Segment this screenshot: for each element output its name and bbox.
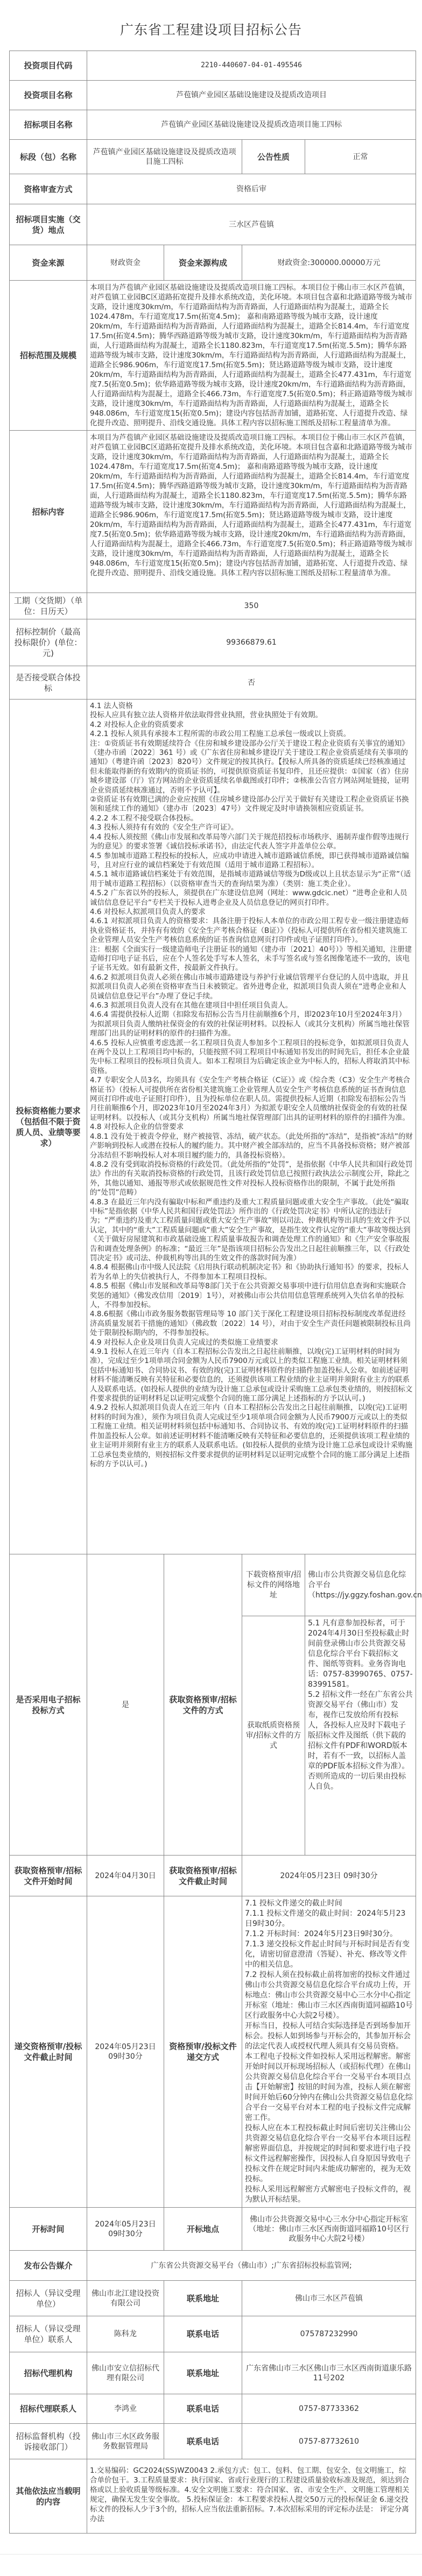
funding-value: 财政资金 — [87, 245, 164, 281]
row-submission: 递交资格预审/投标文件截止时间 2024年05月23日 09时30分 资格预审/… — [10, 1896, 416, 2208]
tenderer-contact-value: 陈科龙 — [87, 2316, 164, 2352]
row-content: 招标内容 本项目为芦苞镇产业园区基础设施建设及提质改造项目施工四标。本项目位于佛… — [10, 431, 416, 593]
opening-place-label: 开标地点 — [164, 2208, 242, 2251]
duration-label: 工期（交货期）（单位：日历天） — [10, 593, 87, 619]
paper-method-value: 5.1 凡有意参加投标者，可于2024年4月30日至投标截止时间前登录佛山市公共… — [305, 1616, 416, 1856]
row-tenderer-contact: 招标人（异议受理单位）联系人 陈科龙 联系电话 075787232990 — [10, 2316, 416, 2352]
notice-nature-value: 正常 — [305, 140, 416, 174]
content-label: 招标内容 — [10, 431, 87, 593]
scope-value: 本项目为芦苞镇产业园区基础设施建设及提质改造项目施工四标。本项目位于佛山市三水区… — [87, 281, 416, 431]
page-title: 广东省工程建设项目招标公告 — [0, 14, 422, 51]
row-funding: 资金来源 财政资金 资金来源构成 财政资金:300000.00000万元 — [10, 245, 416, 281]
media-label: 发布公告媒介 — [10, 2251, 87, 2281]
agency-phone-label: 联系电话 — [164, 2394, 242, 2424]
qualification-method-value: 资格后审 — [87, 174, 416, 204]
funding-composition-label: 资金来源构成 — [164, 245, 242, 281]
requirements-label: 投标资格能力要求（包括但不限于资质人员、业绩等要求） — [10, 700, 87, 1554]
funding-label: 资金来源 — [10, 245, 87, 281]
row-obtain-time: 获取资格预审/招标文件开始时间 2024年04月30日 获取资格预审/招标文件截… — [10, 1856, 416, 1896]
funding-composition-value: 财政资金:300000.00000万元 — [242, 245, 416, 281]
tenderer-address-value: 佛山市三水区芦苞镇 — [242, 2281, 416, 2316]
consortium-label: 是否接受联合体投标 — [10, 666, 87, 700]
obtain-start-label: 获取资格预审/招标文件开始时间 — [10, 1856, 87, 1896]
supervisor-phone-label: 联系电话 — [164, 2424, 242, 2459]
electronic-label: 是否采用电子招标投标方式 — [10, 1554, 87, 1856]
submission-deadline-label: 递交资格预审/投标文件截止时间 — [10, 1896, 87, 2208]
other-value: 1.交易编码：GC2024(SS)WZ0043 2.承包方式：包工、包料、包工期… — [87, 2459, 416, 2534]
agency-address-value: 广东省佛山市三水区佛山市三水区西南街道康乐路11号202 — [242, 2352, 416, 2394]
row-opening: 开标时间 2024年05月23日 09时30分 开标地点 佛山市公共资源交易中心… — [10, 2208, 416, 2251]
investment-code-label: 投资项目代码 — [10, 51, 87, 81]
submission-method-value: 7.1 投标文件递交的截止时间 7.1.1 投标文件递交的截止时间：2024年5… — [242, 1896, 416, 2208]
supervisor-phone-value: 0757-87732610 — [242, 2424, 416, 2459]
other-label: 其他依法应当载明的内容 — [10, 2459, 87, 2534]
media-value: 广东省公共资源交易平台（佛山市）;广东省招标投标监管网; — [87, 2251, 416, 2281]
agency-contact-label: 招标代理联系人 — [10, 2394, 87, 2424]
content-value: 本项目为芦苞镇产业园区基础设施建设及提质改造项目施工四标。本项目位于佛山市三水区… — [87, 431, 416, 593]
tenderer-phone-label: 联系电话 — [164, 2316, 242, 2352]
tenderer-contact-label: 招标人（异议受理单位）联系人 — [10, 2316, 87, 2352]
tenderer-label: 招标人（异议受理单位） — [10, 2281, 87, 2316]
section-name-value: 芦苞镇产业园区基础设施建设及提质改造项目施工四标 — [87, 140, 242, 174]
investment-code-value: 2210-440607-04-01-495546 — [87, 51, 416, 81]
location-value: 三水区芦苞镇 — [87, 204, 416, 245]
consortium-value: 否 — [87, 666, 416, 700]
agency-phone-value: 0757-87733362 — [242, 2394, 416, 2424]
control-price-label: 招标控制价（最高投标限价）(单位：元) — [10, 619, 87, 666]
location-label: 招标项目实施（交货）地点 — [10, 204, 87, 245]
row-other: 其他依法应当载明的内容 1.交易编码：GC2024(SS)WZ0043 2.承包… — [10, 2459, 416, 2534]
obtain-end-value: 2024年05月23日 09时30分 — [242, 1856, 416, 1896]
requirements-value: 4.1 法人资格 投标人应具有独立法人资格并依法取得营业执照，营业执照处于有效期… — [87, 700, 416, 1554]
tenderer-address-label: 联系地址 — [164, 2281, 242, 2316]
tenderer-value: 佛山市北江建设投资有限公司 — [87, 2281, 164, 2316]
row-requirements: 投标资格能力要求（包括但不限于资质人员、业绩等要求） 4.1 法人资格 投标人应… — [10, 700, 416, 1554]
row-investment-name: 投资项目名称 芦苞镇产业园区基础设施建设及提质改造项目 — [10, 81, 416, 110]
row-scope: 招标范围及规模 本项目为芦苞镇产业园区基础设施建设及提质改造项目施工四标。本项目… — [10, 281, 416, 431]
tenderer-phone-value: 075787232990 — [242, 2316, 416, 2352]
obtain-start-value: 2024年04月30日 — [87, 1856, 164, 1896]
row-supervisor: 招标监督机构（投诉接收部门） 佛山市三水区政务服务数据管理局 联系电话 0757… — [10, 2424, 416, 2459]
row-section-name: 标段（包）名称 芦苞镇产业园区基础设施建设及提质改造项目施工四标 公告性质 正常 — [10, 140, 416, 174]
paper-method-label: 获取纸质资格预审/招标文件的方式 — [242, 1616, 305, 1856]
download-address-link[interactable]: 佛山市公共资源交易信息化综合平台 （https://jy.ggzy.foshan… — [305, 1554, 416, 1616]
footer-divider — [0, 2554, 422, 2554]
notice-table: 投资项目代码 2210-440607-04-01-495546 投资项目名称 芦… — [9, 51, 416, 2534]
obtain-method-label: 获取资格预审/招标文件的方式 — [164, 1554, 242, 1856]
scope-label: 招标范围及规模 — [10, 281, 87, 431]
row-location: 招标项目实施（交货）地点 三水区芦苞镇 — [10, 204, 416, 245]
opening-place-value: 佛山市公共资源交易中心三水分中心指定开标室（地址：佛山市三水区西南街道同福路10… — [242, 2208, 416, 2251]
control-price-value: 99366879.61 — [87, 619, 416, 666]
agency-value: 佛山市安立信招标代理有限公司 — [87, 2352, 164, 2394]
investment-name-label: 投资项目名称 — [10, 81, 87, 110]
electronic-value: 是 — [87, 1554, 164, 1856]
notice-nature-label: 公告性质 — [242, 140, 305, 174]
submission-method-label: 资格预审/投标文件递交方式 — [164, 1896, 242, 2208]
section-name-label: 标段（包）名称 — [10, 140, 87, 174]
download-address-label: 下载资格预审/招标文件的网络地址 — [242, 1554, 305, 1616]
row-consortium: 是否接受联合体投标 否 — [10, 666, 416, 700]
obtain-end-label: 获取资格预审/招标文件截止时间 — [164, 1856, 242, 1896]
row-tender-project-name: 招标项目名称 芦苞镇产业园区基础设施建设及提质改造项目施工四标 — [10, 110, 416, 140]
supervisor-value: 佛山市三水区政务服务数据管理局 — [87, 2424, 164, 2459]
qualification-method-label: 资格审查方式 — [10, 174, 87, 204]
tender-notice-page: 广东省工程建设项目招标公告 投资项目代码 2210-440607-04-01-4… — [0, 0, 422, 2576]
row-agency: 招标代理机构 佛山市安立信招标代理有限公司 联系地址 广东省佛山市三水区佛山市三… — [10, 2352, 416, 2394]
agency-address-label: 联系地址 — [164, 2352, 242, 2394]
row-qualification-method: 资格审查方式 资格后审 — [10, 174, 416, 204]
row-investment-code: 投资项目代码 2210-440607-04-01-495546 — [10, 51, 416, 81]
submission-deadline-value: 2024年05月23日 09时30分 — [87, 1896, 164, 2208]
investment-name-value: 芦苞镇产业园区基础设施建设及提质改造项目 — [87, 81, 416, 110]
agency-label: 招标代理机构 — [10, 2352, 87, 2394]
row-duration: 工期（交货期）（单位：日历天） 350 — [10, 593, 416, 619]
row-tenderer: 招标人（异议受理单位） 佛山市北江建设投资有限公司 联系地址 佛山市三水区芦苞镇 — [10, 2281, 416, 2316]
row-agency-contact: 招标代理联系人 李鸿业 联系电话 0757-87733362 — [10, 2394, 416, 2424]
opening-time-value: 2024年05月23日 09时30分 — [87, 2208, 164, 2251]
row-media: 发布公告媒介 广东省公共资源交易平台（佛山市）;广东省招标投标监管网; — [10, 2251, 416, 2281]
supervisor-label: 招标监督机构（投诉接收部门） — [10, 2424, 87, 2459]
agency-contact-value: 李鸿业 — [87, 2394, 164, 2424]
row-electronic-download: 是否采用电子招标投标方式 是 获取资格预审/招标文件的方式 下载资格预审/招标文… — [10, 1554, 416, 1616]
tender-project-name-label: 招标项目名称 — [10, 110, 87, 140]
duration-value: 350 — [87, 593, 416, 619]
opening-time-label: 开标时间 — [10, 2208, 87, 2251]
tender-project-name-value: 芦苞镇产业园区基础设施建设及提质改造项目施工四标 — [87, 110, 416, 140]
row-control-price: 招标控制价（最高投标限价）(单位：元) 99366879.61 — [10, 619, 416, 666]
